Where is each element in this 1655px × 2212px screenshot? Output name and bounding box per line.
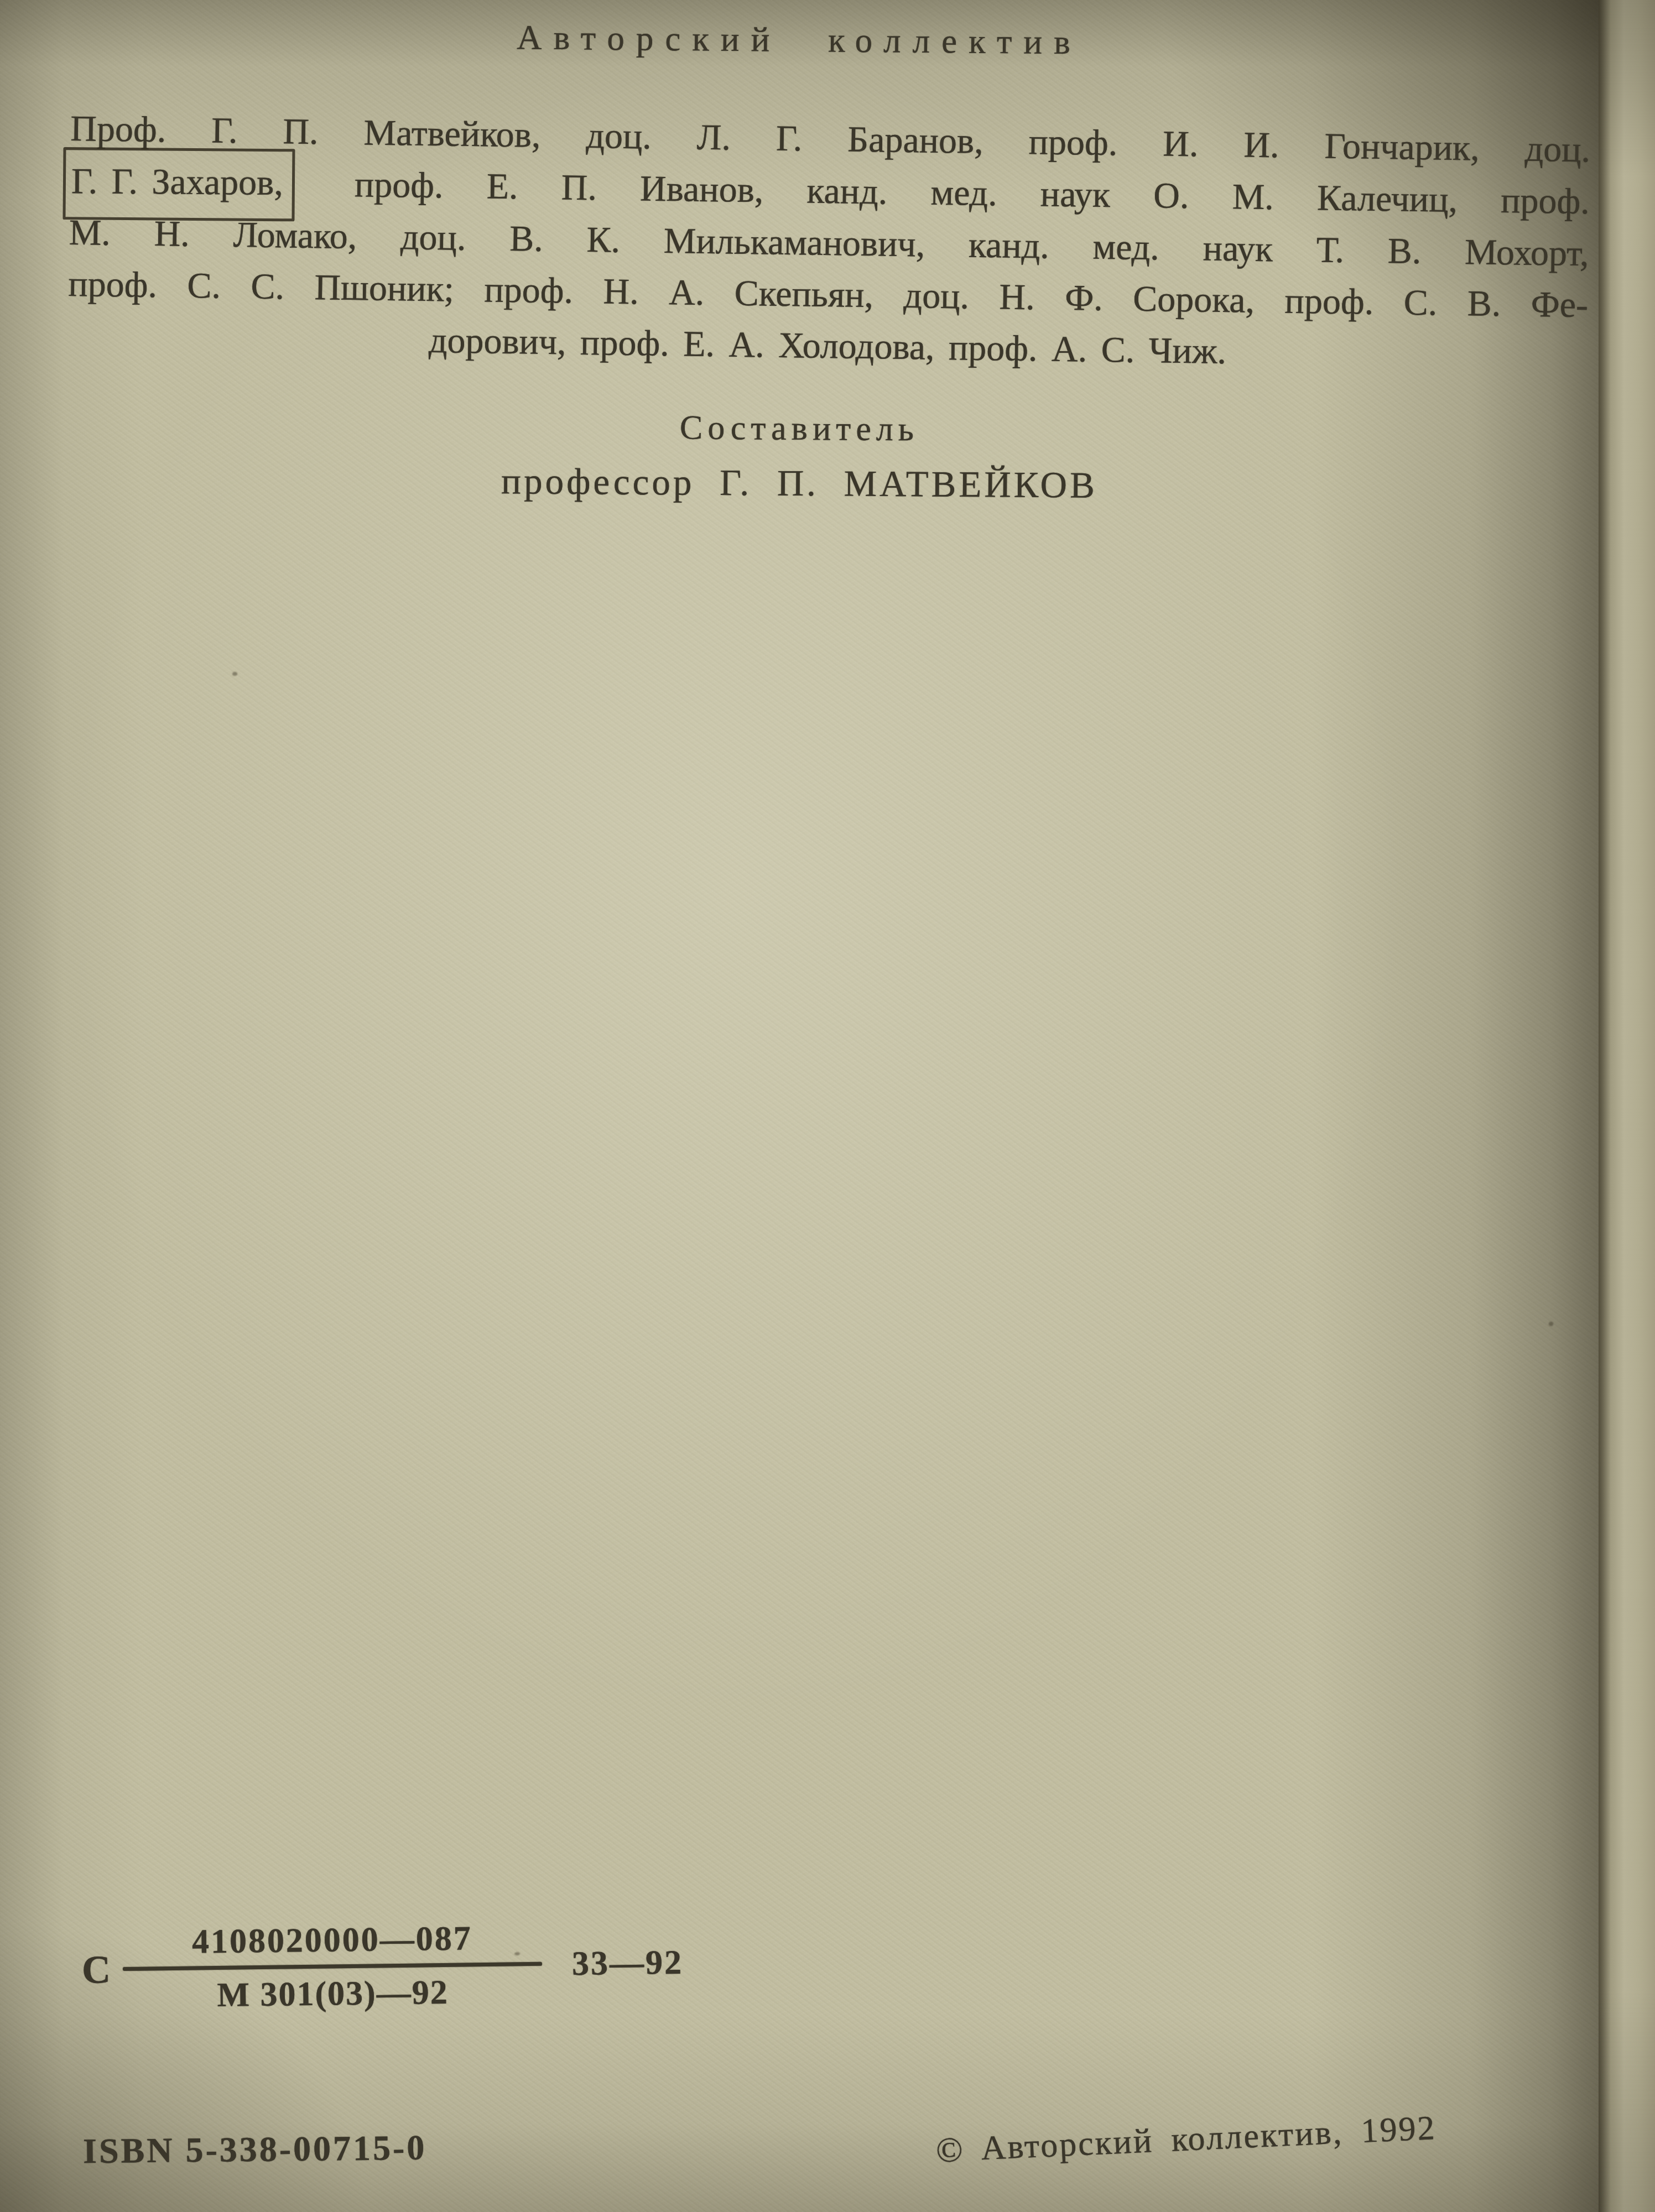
catalog-numerator: 4108020000—087 <box>191 1918 472 1961</box>
page-edge-strip <box>1599 0 1655 2212</box>
catalog-denominator: М 301(03)—92 <box>217 1973 449 2015</box>
copyright-symbol: © <box>935 2129 965 2171</box>
catalog-letter: С <box>81 1947 111 1993</box>
catalog-fraction: 4108020000—087 М 301(03)—92 <box>122 1918 543 2016</box>
isbn-text: ISBN 5-338-00715-0 <box>83 2127 427 2172</box>
fraction-bar <box>123 1962 542 1971</box>
catalog-right-code: 33—92 <box>572 1943 684 1984</box>
scanned-book-page: Авторский коллектив Проф. Г. П. Матвейко… <box>0 0 1655 2212</box>
paper-speck <box>1549 1322 1553 1326</box>
boxed-author-name: Г. Г. Захаров, <box>63 147 295 221</box>
paper-speck <box>232 672 237 676</box>
authors-paragraph: Проф. Г. П. Матвейков, доц. Л. Г. Барано… <box>67 103 1590 382</box>
catalog-code-block: С 4108020000—087 М 301(03)—92 33—92 <box>81 1916 684 2017</box>
